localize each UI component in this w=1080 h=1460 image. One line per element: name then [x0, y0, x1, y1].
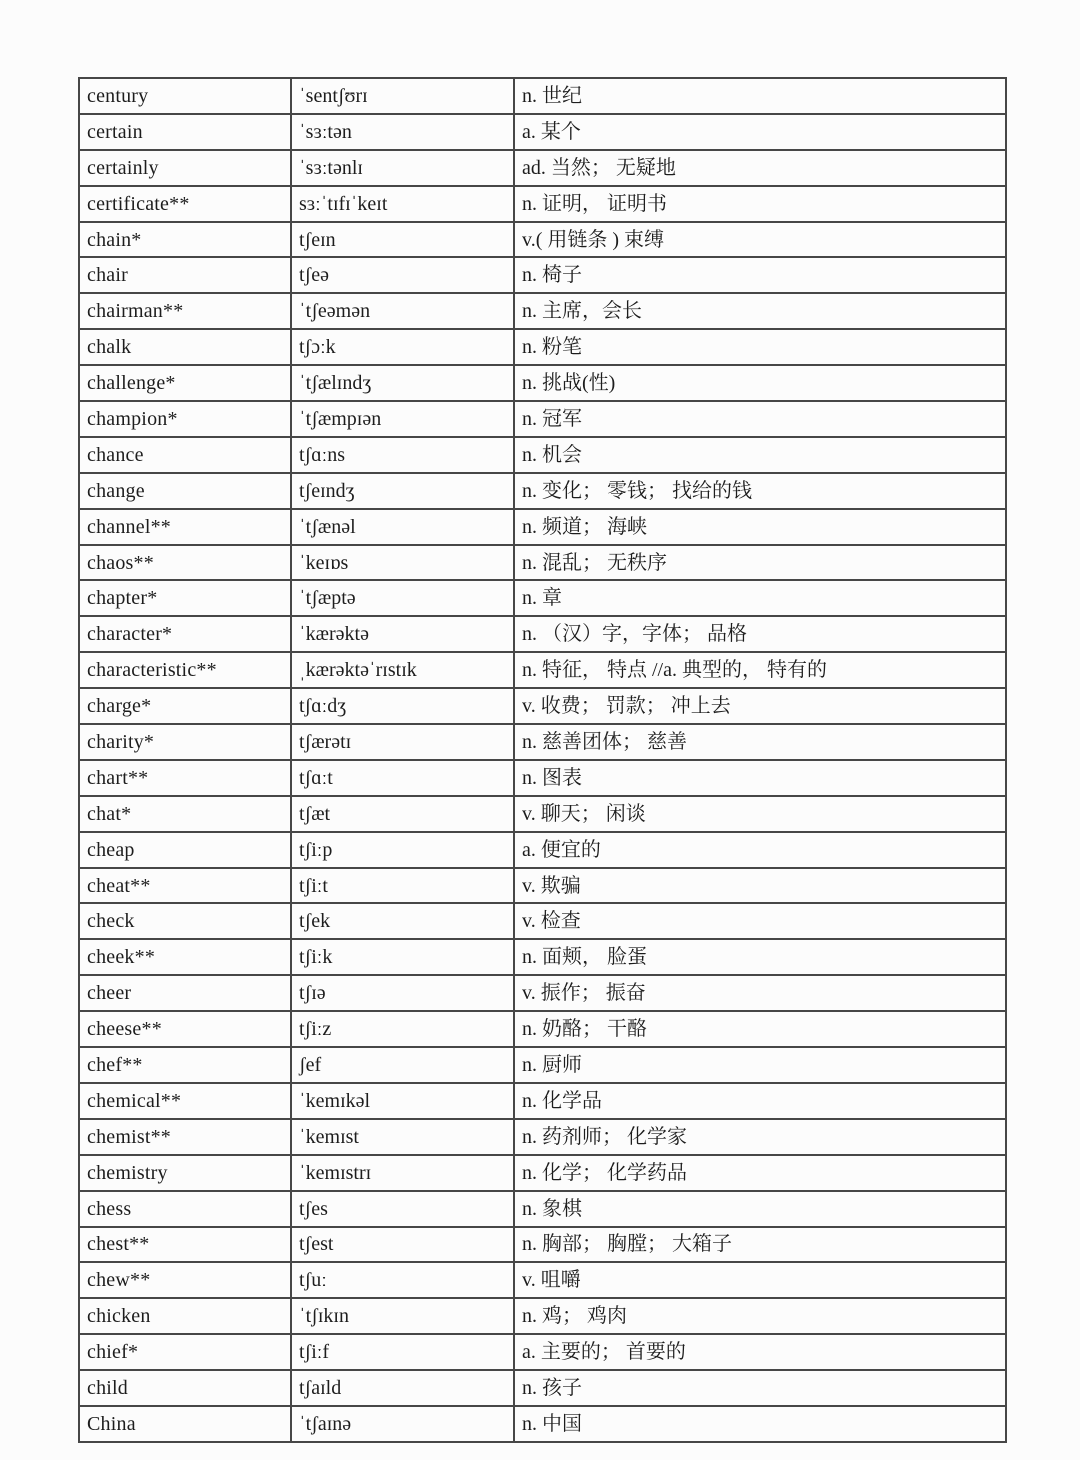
meaning-cell: n. 挑战(性) — [514, 365, 1006, 401]
word-cell: cheap — [79, 832, 291, 868]
vocab-row: chesstʃesn. 象棋 — [79, 1191, 1006, 1227]
vocab-row: chancetʃɑːnsn. 机会 — [79, 437, 1006, 473]
ipa-cell: tʃeə — [291, 257, 514, 293]
word-cell: chapter* — [79, 580, 291, 616]
vocab-row: channel**ˈtʃænəln. 频道； 海峡 — [79, 509, 1006, 545]
ipa-cell: tʃes — [291, 1191, 514, 1227]
vocab-row: chat*tʃætv. 聊天； 闲谈 — [79, 796, 1006, 832]
word-cell: child — [79, 1370, 291, 1406]
meaning-cell: n. 冠军 — [514, 401, 1006, 437]
meaning-cell: n. 主席，会长 — [514, 293, 1006, 329]
ipa-cell: tʃeɪn — [291, 222, 514, 258]
word-cell: cheat** — [79, 868, 291, 904]
vocab-row: cheaptʃiːpa. 便宜的 — [79, 832, 1006, 868]
meaning-cell: a. 某个 — [514, 114, 1006, 150]
vocab-row: changetʃeɪndʒn. 变化； 零钱； 找给的钱 — [79, 473, 1006, 509]
ipa-cell: tʃiːt — [291, 868, 514, 904]
vocab-row: character*ˈkærəktən. （汉）字，字体； 品格 — [79, 616, 1006, 652]
word-cell: chat* — [79, 796, 291, 832]
ipa-cell: ˈkemɪstrɪ — [291, 1155, 514, 1191]
word-cell: certainly — [79, 150, 291, 186]
meaning-cell: n. 面颊， 脸蛋 — [514, 939, 1006, 975]
ipa-cell: ˈtʃɪkɪn — [291, 1298, 514, 1334]
vocab-row: certainˈsɜːtəna. 某个 — [79, 114, 1006, 150]
vocab-row: Chinaˈtʃaɪnən. 中国 — [79, 1406, 1006, 1442]
meaning-cell: n. 世纪 — [514, 78, 1006, 114]
ipa-cell: ˈtʃeəmən — [291, 293, 514, 329]
word-cell: chart** — [79, 760, 291, 796]
ipa-cell: ˈkeɪɒs — [291, 545, 514, 581]
vocab-row: chew**tʃuːv. 咀嚼 — [79, 1262, 1006, 1298]
meaning-cell: n. 孩子 — [514, 1370, 1006, 1406]
word-cell: chess — [79, 1191, 291, 1227]
vocab-row: chairtʃeən. 椅子 — [79, 257, 1006, 293]
meaning-cell: n. 化学； 化学药品 — [514, 1155, 1006, 1191]
meaning-cell: n. （汉）字，字体； 品格 — [514, 616, 1006, 652]
ipa-cell: ˈtʃæmpɪən — [291, 401, 514, 437]
meaning-cell: n. 鸡； 鸡肉 — [514, 1298, 1006, 1334]
meaning-cell: n. 象棋 — [514, 1191, 1006, 1227]
ipa-cell: ˈkemɪkəl — [291, 1083, 514, 1119]
ipa-cell: ˈsentʃʊrɪ — [291, 78, 514, 114]
ipa-cell: ˈsɜːtənlɪ — [291, 150, 514, 186]
vocab-row: chest**tʃestn. 胸部； 胸膛； 大箱子 — [79, 1227, 1006, 1263]
word-cell: channel** — [79, 509, 291, 545]
word-cell: chief* — [79, 1334, 291, 1370]
vocab-row: chain*tʃeɪnv.( 用链条 ) 束缚 — [79, 222, 1006, 258]
word-cell: chalk — [79, 329, 291, 365]
ipa-cell: tʃek — [291, 903, 514, 939]
ipa-cell: tʃɑːns — [291, 437, 514, 473]
ipa-cell: tʃɑːt — [291, 760, 514, 796]
meaning-cell: n. 奶酪； 干酪 — [514, 1011, 1006, 1047]
vocab-row: chalktʃɔːkn. 粉笔 — [79, 329, 1006, 365]
word-cell: chair — [79, 257, 291, 293]
meaning-cell: n. 变化； 零钱； 找给的钱 — [514, 473, 1006, 509]
word-cell: cheek** — [79, 939, 291, 975]
vocab-row: cheese**tʃiːzn. 奶酪； 干酪 — [79, 1011, 1006, 1047]
meaning-cell: n. 机会 — [514, 437, 1006, 473]
word-cell: cheer — [79, 975, 291, 1011]
vocab-row: centuryˈsentʃʊrɪn. 世纪 — [79, 78, 1006, 114]
word-cell: certain — [79, 114, 291, 150]
vocab-row: charge*tʃɑːdʒv. 收费； 罚款； 冲上去 — [79, 688, 1006, 724]
ipa-cell: ˈkærəktə — [291, 616, 514, 652]
vocab-row: champion*ˈtʃæmpɪənn. 冠军 — [79, 401, 1006, 437]
word-cell: check — [79, 903, 291, 939]
word-cell: chance — [79, 437, 291, 473]
vocab-row: chemical**ˈkemɪkəln. 化学品 — [79, 1083, 1006, 1119]
meaning-cell: n. 厨师 — [514, 1047, 1006, 1083]
ipa-cell: ˈkemɪst — [291, 1119, 514, 1155]
vocabulary-table: centuryˈsentʃʊrɪn. 世纪certainˈsɜːtəna. 某个… — [78, 77, 1007, 1443]
ipa-cell: sɜːˈtɪfɪˈkeɪt — [291, 186, 514, 222]
meaning-cell: v. 收费； 罚款； 冲上去 — [514, 688, 1006, 724]
meaning-cell: n. 胸部； 胸膛； 大箱子 — [514, 1227, 1006, 1263]
meaning-cell: n. 化学品 — [514, 1083, 1006, 1119]
vocab-row: childtʃaɪldn. 孩子 — [79, 1370, 1006, 1406]
ipa-cell: tʃeɪndʒ — [291, 473, 514, 509]
meaning-cell: v.( 用链条 ) 束缚 — [514, 222, 1006, 258]
meaning-cell: n. 频道； 海峡 — [514, 509, 1006, 545]
word-cell: champion* — [79, 401, 291, 437]
vocab-row: chef**ʃefn. 厨师 — [79, 1047, 1006, 1083]
word-cell: certificate** — [79, 186, 291, 222]
ipa-cell: tʃaɪld — [291, 1370, 514, 1406]
ipa-cell: ˌkærəktəˈrɪstɪk — [291, 652, 514, 688]
word-cell: chemistry — [79, 1155, 291, 1191]
vocab-row: certificate**sɜːˈtɪfɪˈkeɪtn. 证明， 证明书 — [79, 186, 1006, 222]
meaning-cell: n. 图表 — [514, 760, 1006, 796]
ipa-cell: tʃæt — [291, 796, 514, 832]
vocab-row: chickenˈtʃɪkɪnn. 鸡； 鸡肉 — [79, 1298, 1006, 1334]
vocab-row: characteristic**ˌkærəktəˈrɪstɪkn. 特征， 特点… — [79, 652, 1006, 688]
meaning-cell: a. 便宜的 — [514, 832, 1006, 868]
vocab-row: cheat**tʃiːtv. 欺骗 — [79, 868, 1006, 904]
vocab-row: chart**tʃɑːtn. 图表 — [79, 760, 1006, 796]
word-cell: chef** — [79, 1047, 291, 1083]
meaning-cell: n. 特征， 特点 //a. 典型的， 特有的 — [514, 652, 1006, 688]
ipa-cell: tʃɔːk — [291, 329, 514, 365]
ipa-cell: ʃef — [291, 1047, 514, 1083]
meaning-cell: a. 主要的； 首要的 — [514, 1334, 1006, 1370]
meaning-cell: v. 咀嚼 — [514, 1262, 1006, 1298]
meaning-cell: n. 证明， 证明书 — [514, 186, 1006, 222]
word-cell: chemical** — [79, 1083, 291, 1119]
meaning-cell: n. 药剂师； 化学家 — [514, 1119, 1006, 1155]
vocab-row: challenge*ˈtʃælɪndʒn. 挑战(性) — [79, 365, 1006, 401]
word-cell: character* — [79, 616, 291, 652]
ipa-cell: tʃiːz — [291, 1011, 514, 1047]
ipa-cell: tʃiːk — [291, 939, 514, 975]
meaning-cell: n. 粉笔 — [514, 329, 1006, 365]
ipa-cell: tʃest — [291, 1227, 514, 1263]
meaning-cell: n. 章 — [514, 580, 1006, 616]
ipa-cell: ˈtʃælɪndʒ — [291, 365, 514, 401]
word-cell: chicken — [79, 1298, 291, 1334]
word-cell: chew** — [79, 1262, 291, 1298]
vocab-row: charity*tʃærətɪn. 慈善团体； 慈善 — [79, 724, 1006, 760]
meaning-cell: n. 椅子 — [514, 257, 1006, 293]
meaning-cell: n. 混乱； 无秩序 — [514, 545, 1006, 581]
vocab-row: cheek**tʃiːkn. 面颊， 脸蛋 — [79, 939, 1006, 975]
word-cell: China — [79, 1406, 291, 1442]
ipa-cell: tʃærətɪ — [291, 724, 514, 760]
vocab-row: chapter*ˈtʃæptən. 章 — [79, 580, 1006, 616]
word-cell: cheese** — [79, 1011, 291, 1047]
word-cell: chaos** — [79, 545, 291, 581]
word-cell: change — [79, 473, 291, 509]
ipa-cell: tʃiːf — [291, 1334, 514, 1370]
meaning-cell: v. 聊天； 闲谈 — [514, 796, 1006, 832]
vocab-row: cheertʃɪəv. 振作； 振奋 — [79, 975, 1006, 1011]
vocab-row: chief*tʃiːfa. 主要的； 首要的 — [79, 1334, 1006, 1370]
word-cell: characteristic** — [79, 652, 291, 688]
word-cell: challenge* — [79, 365, 291, 401]
ipa-cell: ˈtʃæptə — [291, 580, 514, 616]
vocab-row: checktʃekv. 检查 — [79, 903, 1006, 939]
ipa-cell: tʃiːp — [291, 832, 514, 868]
vocab-table-body: centuryˈsentʃʊrɪn. 世纪certainˈsɜːtəna. 某个… — [79, 78, 1006, 1442]
meaning-cell: v. 检查 — [514, 903, 1006, 939]
word-cell: charity* — [79, 724, 291, 760]
document-page: centuryˈsentʃʊrɪn. 世纪certainˈsɜːtəna. 某个… — [0, 0, 1080, 1460]
vocab-row: certainlyˈsɜːtənlɪad. 当然； 无疑地 — [79, 150, 1006, 186]
vocab-row: chairman**ˈtʃeəmənn. 主席，会长 — [79, 293, 1006, 329]
word-cell: chain* — [79, 222, 291, 258]
ipa-cell: ˈtʃaɪnə — [291, 1406, 514, 1442]
meaning-cell: v. 欺骗 — [514, 868, 1006, 904]
word-cell: chairman** — [79, 293, 291, 329]
word-cell: century — [79, 78, 291, 114]
vocab-row: chaos**ˈkeɪɒsn. 混乱； 无秩序 — [79, 545, 1006, 581]
meaning-cell: v. 振作； 振奋 — [514, 975, 1006, 1011]
ipa-cell: ˈsɜːtən — [291, 114, 514, 150]
ipa-cell: ˈtʃænəl — [291, 509, 514, 545]
ipa-cell: tʃɪə — [291, 975, 514, 1011]
vocab-row: chemistryˈkemɪstrɪn. 化学； 化学药品 — [79, 1155, 1006, 1191]
meaning-cell: n. 慈善团体； 慈善 — [514, 724, 1006, 760]
word-cell: chest** — [79, 1227, 291, 1263]
word-cell: charge* — [79, 688, 291, 724]
ipa-cell: tʃuː — [291, 1262, 514, 1298]
meaning-cell: n. 中国 — [514, 1406, 1006, 1442]
ipa-cell: tʃɑːdʒ — [291, 688, 514, 724]
vocab-row: chemist**ˈkemɪstn. 药剂师； 化学家 — [79, 1119, 1006, 1155]
word-cell: chemist** — [79, 1119, 291, 1155]
meaning-cell: ad. 当然； 无疑地 — [514, 150, 1006, 186]
